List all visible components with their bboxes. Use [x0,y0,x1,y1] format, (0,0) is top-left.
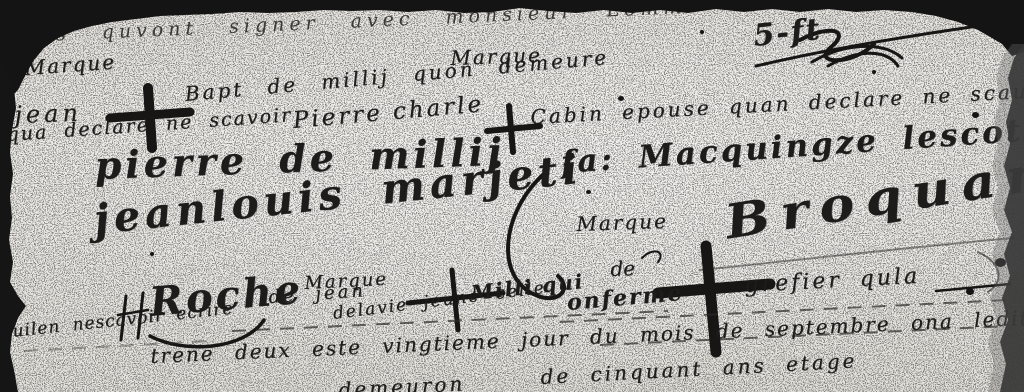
marque-label-left: Marque [24,52,117,78]
handwriting-bottom-line2: de cinquant ans etage [540,350,858,387]
right-squiggle [978,252,999,292]
ink-spot [150,252,154,256]
date-paraph-text: 5-ft [752,15,823,52]
handwriting-top-line: ons quvont signer avec monsieur Lomm [22,0,687,46]
handwriting-cabin-line: Cabin epouse quan declare ne scauoir [530,79,1024,127]
marque-label-center: Marque [450,45,542,68]
handwriting-bapt-line: Bapt de millij quon demeure [184,47,610,104]
roche-lead-strokes [118,293,148,340]
scanned-register-page: ons quvont signer avec monsieur Lomm 5-f… [0,0,1024,392]
handwriting-grefier: grefier qula [744,266,921,297]
handwriting-onferme: onferme [566,282,684,314]
ink-spot [966,288,974,295]
marque-label-bottom: Marque [304,271,388,293]
cross-mark-small [408,270,503,330]
handwriting-bottom-line1: trene deux este vingtieme jour du mois d… [150,308,1024,366]
signature-jeanlouis-marjeti: jeanlouis marjeti [92,149,585,241]
left-page-edge [0,60,26,392]
signature-roche: Roche [148,270,305,323]
handwriting-delavie-row: delavie jeune celle [332,280,547,323]
marque-label-mid-right: Marque [576,211,668,234]
handwriting-de-jean: de jean [268,282,366,307]
ink-spot [586,190,591,194]
grefier-tail-dash [936,284,1010,291]
name-jean: jean [14,101,82,127]
ink-spot [618,96,624,101]
broquan-swash [700,238,1014,270]
signature-macquing: fa: Macquingze lescot [560,116,1024,179]
ink-spot [972,112,979,118]
torn-top-edge [0,0,1024,96]
ink-spot [700,30,704,34]
ink-strokes-layer [0,0,1024,392]
handwriting-layer: ons quvont signer avec monsieur Lomm 5-f… [0,0,1024,392]
ink-spot [872,70,876,74]
cross-mark-jean [110,88,190,148]
de-curl [642,251,661,262]
signature-pierre-de-millij: pierre de millij [94,133,505,185]
cross-mark-center [487,106,540,152]
ink-spot [995,258,1006,267]
macquing-descender-flourish [508,172,564,298]
right-page-edge [1000,44,1024,392]
signature-broquan: Broquan [722,148,1024,247]
name-pierre-charle: Pierre charle [292,93,485,133]
dashed-rule-lines [24,300,1008,351]
roche-underflourish [150,320,264,347]
handwriting-bottom-fragment: demeuron [338,373,466,392]
paper-grain-texture [0,0,1024,392]
handwriting-bottom-left: quilen nescavoir ecrire [0,301,234,342]
word-de: de [610,258,635,279]
cross-mark-large [658,246,770,352]
handwriting-milli-qui: Milli qui [470,271,585,303]
page-edges-layer [0,0,1024,392]
ink-spots-layer [0,0,1024,392]
handwriting-declare-line: qua declare ne scavoir [6,106,293,145]
right-page-edge-fringe [988,44,1024,392]
paraph-flourish [756,22,1006,66]
